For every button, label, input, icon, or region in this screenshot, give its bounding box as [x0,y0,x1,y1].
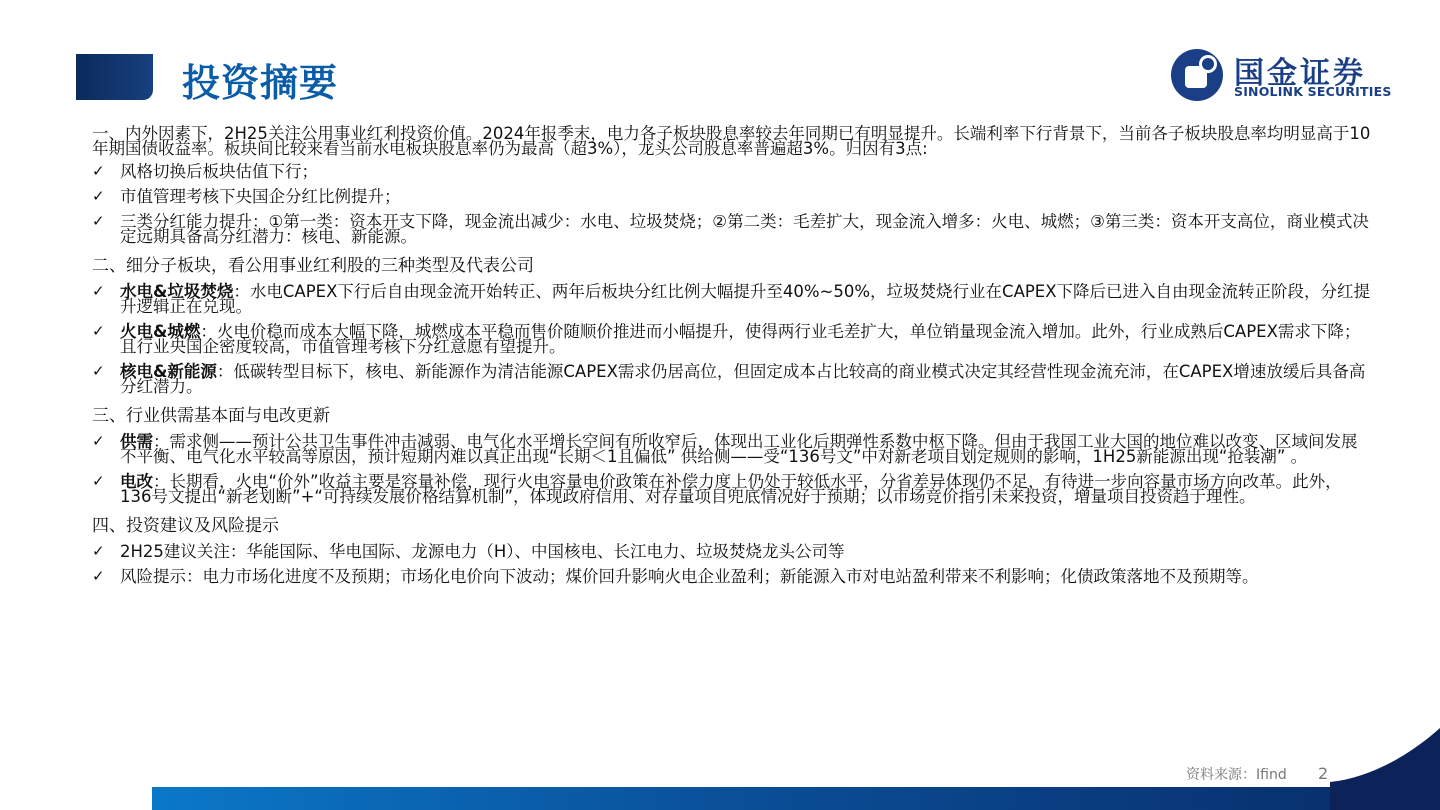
list-item: ✓ 水电&垃圾焚烧：水电CAPEX下行后自由现金流开始转正、两年后板块分红比例大… [92,284,1372,314]
item-text: ：水电CAPEX下行后自由现金流开始转正、两年后板块分红比例大幅提升至40%~5… [120,282,1370,316]
page-title: 投资摘要 [182,52,338,107]
footer-band [152,787,1440,810]
corner-wave-decoration [1330,720,1440,810]
item-text: 风格切换后板块估值下行； [120,162,318,181]
list-item: ✓ 市值管理考核下央国企分红比例提升； [92,189,1372,204]
list-item: ✓ 电改：长期看，火电“价外”收益主要是容量补偿，现行火电容量电价政策在补偿力度… [92,474,1372,504]
sinolink-logo-icon [1170,48,1224,102]
item-text: 2H25建议关注：华能国际、华电国际、龙源电力（H）、中国核电、长江电力、垃圾焚… [120,542,845,561]
page-number: 2 [1318,764,1328,783]
list-item: ✓ 火电&城燃：火电价稳而成本大幅下降，城燃成本平稳而售价随顺价推进而小幅提升，… [92,324,1372,354]
list-item: ✓ 核电&新能源：低碳转型目标下，核电、新能源作为清洁能源CAPEX需求仍居高位… [92,364,1372,394]
list-item: ✓ 风险提示：电力市场化进度不及预期；市场化电价向下波动；煤价回升影响火电企业盈… [92,569,1372,584]
check-icon: ✓ [92,284,105,299]
header-accent-block [76,54,153,100]
data-source-note: 资料来源：Ifind [1186,764,1287,784]
item-text: 市值管理考核下央国企分红比例提升； [120,187,401,206]
check-icon: ✓ [92,164,105,179]
check-icon: ✓ [92,474,105,489]
check-icon: ✓ [92,324,105,339]
item-text: 三类分红能力提升：①第一类：资本开支下降，现金流出减少：水电、垃圾焚烧；②第二类… [120,212,1369,246]
check-icon: ✓ [92,434,105,449]
check-icon: ✓ [92,364,105,379]
section-1-intro: 一、内外因素下，2H25关注公用事业红利投资价值。2024年报季末，电力各子板块… [92,126,1372,156]
list-item: ✓ 三类分红能力提升：①第一类：资本开支下降，现金流出减少：水电、垃圾焚烧；②第… [92,214,1372,244]
check-icon: ✓ [92,189,105,204]
section-3-heading: 三、行业供需基本面与电改更新 [92,406,1372,426]
list-item: ✓ 风格切换后板块估值下行； [92,164,1372,179]
summary-content: 一、内外因素下，2H25关注公用事业红利投资价值。2024年报季末，电力各子板块… [92,126,1372,584]
list-item: ✓ 2H25建议关注：华能国际、华电国际、龙源电力（H）、中国核电、长江电力、垃… [92,544,1372,559]
item-text: ：火电价稳而成本大幅下降，城燃成本平稳而售价随顺价推进而小幅提升，使得两行业毛差… [120,322,1360,356]
item-text: ：长期看，火电“价外”收益主要是容量补偿，现行火电容量电价政策在补偿力度上仍处于… [120,472,1342,506]
check-icon: ✓ [92,544,105,559]
section-4-heading: 四、投资建议及风险提示 [92,516,1372,536]
item-text: ：低碳转型目标下，核电、新能源作为清洁能源CAPEX需求仍居高位，但固定成本占比… [120,362,1365,396]
item-text: ：需求侧——预计公共卫生事件冲击减弱、电气化水平增长空间有所收窄后，体现出工业化… [120,432,1358,466]
list-item: ✓ 供需：需求侧——预计公共卫生事件冲击减弱、电气化水平增长空间有所收窄后，体现… [92,434,1372,464]
section-2-heading: 二、细分子板块，看公用事业红利股的三种类型及代表公司 [92,256,1372,276]
check-icon: ✓ [92,569,105,584]
logo-english-name: SINOLINK SECURITIES [1234,84,1392,99]
item-text: 风险提示：电力市场化进度不及预期；市场化电价向下波动；煤价回升影响火电企业盈利；… [120,567,1259,586]
check-icon: ✓ [92,214,105,229]
company-logo: 国金证券 SINOLINK SECURITIES [1170,46,1410,104]
